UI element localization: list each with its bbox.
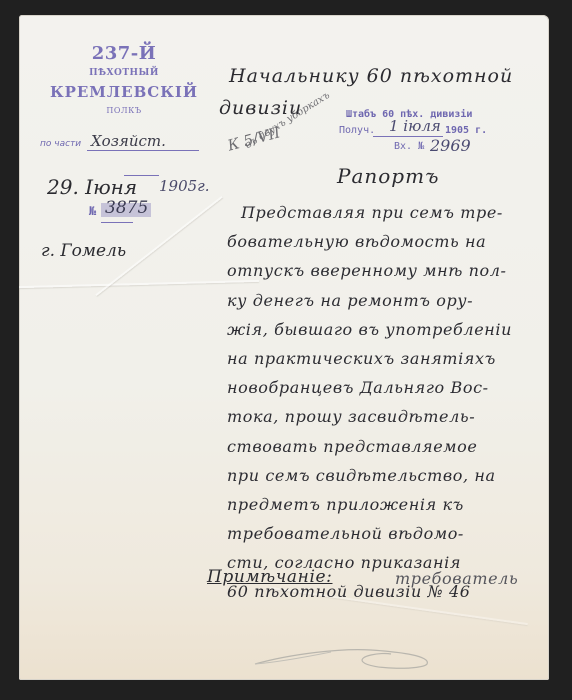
division-stamp-received-label: Получ. [339,125,375,136]
body-line: ку денегъ на ремонтъ ору- [227,286,549,315]
body-line: требовательной вѣдомо- [227,519,549,548]
body-line: предметъ приложенія къ [227,490,549,519]
part-label: по части [40,139,81,149]
body-line: на практическихъ занятіяхъ [227,344,549,373]
paper-crease [19,280,259,288]
scan-frame: 237-Й ПѢХОТНЫЙ КРЕМЛЕВСКІЙ ПОЛКЪ по част… [0,0,572,700]
part-underline [87,150,199,151]
body-line: жія, бывшаго въ употребленіи [227,315,549,344]
division-stamp-incoming-label: Вх. № [394,141,424,152]
division-stamp-incoming-value: 2969 [430,136,471,155]
date-day-month: 29. Іюня [47,175,137,199]
body-line: Представляя при семъ тре- [227,198,549,227]
regiment-type: ПѢХОТНЫЙ [49,65,199,81]
body-line: ствовать представляемое [227,432,549,461]
body-line: отпускъ вверенному мнѣ пол- [227,256,549,285]
date-year: 1905г. [159,177,210,195]
outgoing-number-value: 3875 [105,198,148,218]
signature-flourish [251,642,441,672]
date-rule [124,175,159,176]
part-value: Хозяйст. [91,132,166,150]
place-text: г. Гомель [41,241,126,261]
document-heading: Рапортъ [337,164,439,188]
division-stamp-received-value: 1 іюля [389,117,441,135]
body-line: тока, прошу засвидѣтель- [227,402,549,431]
regiment-unit: ПОЛКЪ [49,103,199,119]
regiment-number: 237-Й [49,43,199,65]
outgoing-number-rule [101,222,133,223]
note-text: требователь [395,569,518,588]
document-page: 237-Й ПѢХОТНЫЙ КРЕМЛЕВСКІЙ ПОЛКЪ по част… [19,15,549,680]
body-line: при семъ свидѣтельство, на [227,461,549,490]
report-body: Представляя при семъ тре- бовательную вѣ… [227,198,549,607]
regiment-stamp: 237-Й ПѢХОТНЫЙ КРЕМЛЕВСКІЙ ПОЛКЪ [49,43,199,119]
regiment-name: КРЕМЛЕВСКІЙ [49,81,199,103]
division-stamp-year: 1905 г. [445,125,487,136]
note-label: Примѣчаніе: [207,567,332,587]
addressee-line1: Начальнику 60 пѣхотной [229,65,513,87]
outgoing-number-label: № [89,204,96,218]
body-line: новобранцевъ Дальняго Вос- [227,373,549,402]
body-line: бовательную вѣдомость на [227,227,549,256]
